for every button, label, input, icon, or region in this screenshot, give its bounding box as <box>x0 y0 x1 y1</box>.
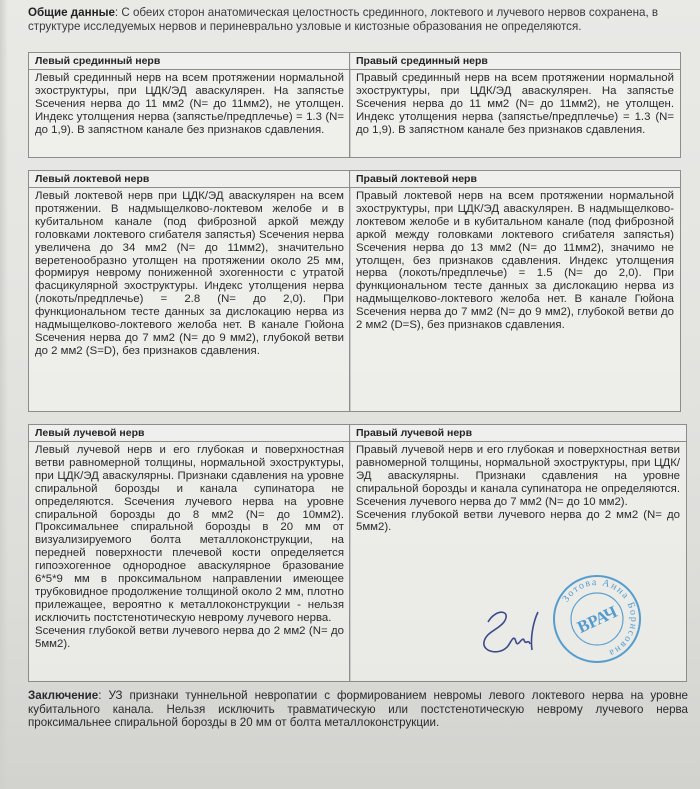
section-text-deep-branch: Sсечения глубокой ветви лучевого нерва д… <box>356 509 680 534</box>
document-page: Общие данные: С обеих сторон анатомическ… <box>0 0 700 789</box>
section-title: Правый срединный нерв <box>350 53 680 70</box>
general-data-text: : С обеих сторон анатомическая целостнос… <box>28 6 658 33</box>
conclusion-label: Заключение <box>28 689 98 702</box>
general-data-paragraph: Общие данные: С обеих сторон анатомическ… <box>28 6 668 33</box>
doctor-stamp: Зотова Анна Борисовна ВРАЧ <box>551 573 643 665</box>
section-text-main: Правый лучевой нерв и его глубокая и пов… <box>356 444 680 508</box>
left-median-nerve-section: Левый срединный нерв Левый срединный нер… <box>28 52 351 158</box>
section-text-main: Левый лучевой нерв и его глубокая и пове… <box>35 444 344 624</box>
general-data-label: Общие данные <box>28 6 115 19</box>
stamp-seal-icon: Зотова Анна Борисовна ВРАЧ <box>551 573 643 665</box>
section-title: Правый лучевой нерв <box>350 425 686 442</box>
page-edge-shadow <box>0 0 8 789</box>
section-title: Левый лучевой нерв <box>29 425 350 442</box>
section-text-deep-branch: Sсечения глубокой ветви лучевого нерва д… <box>35 625 344 650</box>
section-text: Левый срединный нерв на всем протяжении … <box>29 70 350 137</box>
section-text: Правый лучевой нерв и его глубокая и пов… <box>350 442 686 534</box>
stamp-center-text: ВРАЧ <box>574 602 620 637</box>
section-title: Левый срединный нерв <box>29 53 350 70</box>
conclusion-text: : УЗ признаки туннельной невропатии с фо… <box>28 689 688 729</box>
doctor-signature-icon <box>478 600 548 660</box>
section-text: Правый локтевой нерв на всем протяжении … <box>350 188 680 332</box>
left-radial-nerve-section: Левый лучевой нерв Левый лучевой нерв и … <box>28 424 351 682</box>
conclusion-paragraph: Заключение: УЗ признаки туннельной невро… <box>28 689 688 730</box>
section-title: Левый локтевой нерв <box>29 171 350 188</box>
section-text: Левый лучевой нерв и его глубокая и пове… <box>29 442 350 651</box>
left-ulnar-nerve-section: Левый локтевой нерв Левый локтевой нерв … <box>28 170 351 412</box>
section-text: Правый срединный нерв на всем протяжении… <box>350 70 680 137</box>
section-title: Правый локтевой нерв <box>350 171 680 188</box>
right-ulnar-nerve-section: Правый локтевой нерв Правый локтевой нер… <box>349 170 681 412</box>
right-median-nerve-section: Правый срединный нерв Правый срединный н… <box>349 52 681 158</box>
section-text: Левый локтевой нерв при ЦДК/ЭД аваскуляр… <box>29 188 350 358</box>
